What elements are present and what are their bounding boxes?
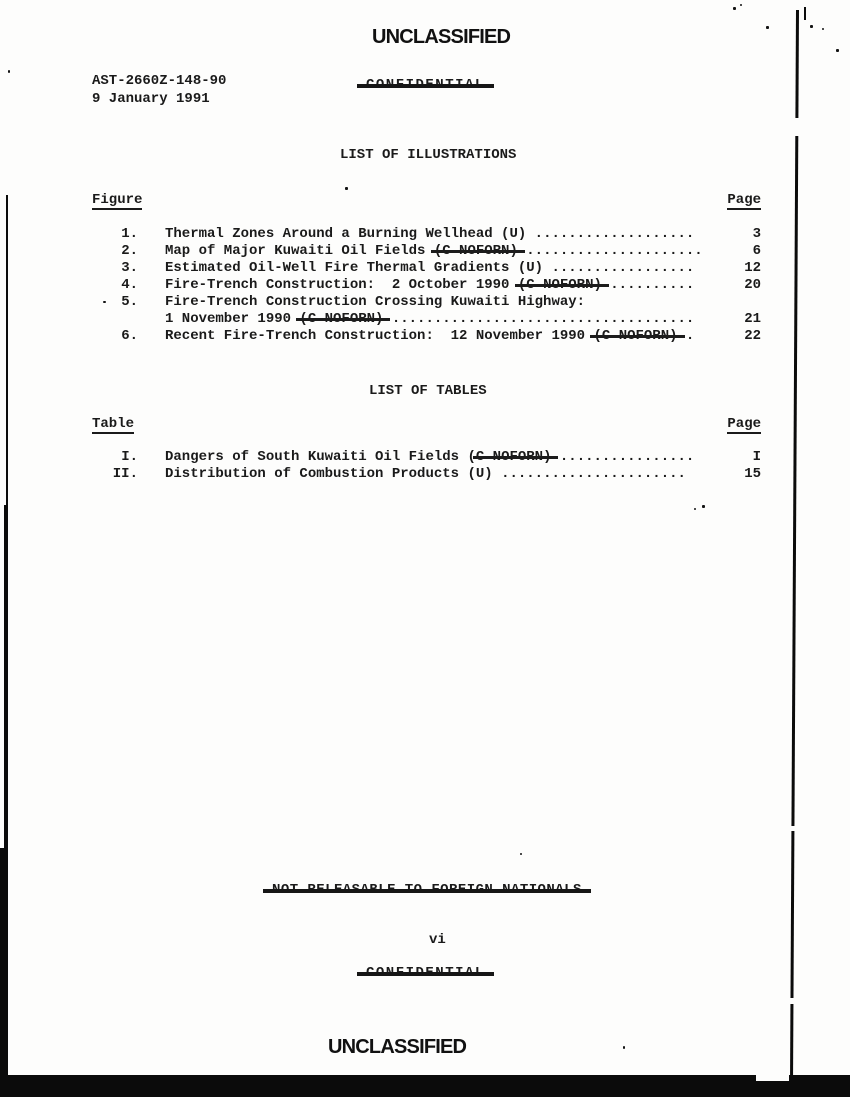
- row-text-post: ......................: [501, 466, 686, 482]
- scan-speck: [836, 49, 839, 52]
- scan-speck: [822, 28, 824, 30]
- row-number: I.: [92, 449, 138, 466]
- scanned-document-page: UNCLASSIFIED AST-2660Z-148-90 9 January …: [0, 0, 850, 1097]
- row-number: 2.: [92, 243, 138, 260]
- scan-line-gap: [790, 826, 799, 831]
- row-text: Recent Fire-Trench Construction: 12 Nove…: [165, 328, 727, 345]
- illustrations-column-header: Figure Page: [92, 192, 761, 210]
- toc-row: 3. Estimated Oil-Well Fire Thermal Gradi…: [92, 260, 761, 277]
- page-column-label: Page: [727, 192, 761, 210]
- row-text: Map of Major Kuwaiti Oil Fields (C NOFOR…: [165, 243, 727, 260]
- toc-row: 4. Fire-Trench Construction: 2 October 1…: [92, 277, 761, 294]
- scan-speck: [766, 26, 769, 29]
- scan-edge-line-left: [0, 848, 8, 1097]
- row-text-pre: Fire-Trench Construction: 2 October 1990: [165, 277, 518, 293]
- row-text-pre: Thermal Zones Around a Burning Wellhead …: [165, 226, 535, 242]
- row-text-pre: Recent Fire-Trench Construction: 12 Nove…: [165, 328, 593, 344]
- toc-row: 5. Fire-Trench Construction Crossing Kuw…: [92, 294, 761, 311]
- row-text-pre: Estimated Oil-Well Fire Thermal Gradient…: [165, 260, 551, 276]
- row-page: 15: [727, 466, 761, 483]
- toc-row: 2. Map of Major Kuwaiti Oil Fields (C NO…: [92, 243, 761, 260]
- scan-speck: [694, 508, 696, 510]
- row-text-pre: Map of Major Kuwaiti Oil Fields: [165, 243, 434, 259]
- scan-edge-line-right: [790, 10, 799, 1076]
- row-text-post: ....................................: [383, 311, 694, 327]
- scan-bar-notch: [756, 1075, 789, 1081]
- classification-marking-bottom: CONFIDENTIAL: [366, 965, 485, 981]
- row-text-post: ................: [551, 449, 694, 465]
- scan-speck: [733, 7, 736, 10]
- row-text: Fire-Trench Construction: 2 October 1990…: [165, 277, 727, 294]
- folio-page-number: vi: [429, 932, 446, 948]
- row-number: 4.: [92, 277, 138, 294]
- tables-list: I. Dangers of South Kuwaiti Oil Fields (…: [92, 449, 761, 483]
- page-column-label: Page: [727, 416, 761, 434]
- row-text-pre: 1 November 1990: [165, 311, 299, 327]
- scan-edge-line-left: [6, 195, 8, 505]
- row-page: 20: [727, 277, 761, 294]
- scan-speck: [345, 187, 348, 190]
- row-text-post: ...................: [535, 226, 695, 242]
- row-number: [92, 311, 138, 328]
- scan-speck: [8, 70, 10, 73]
- toc-row: II. Distribution of Combustion Products …: [92, 466, 761, 483]
- row-page: I: [727, 449, 761, 466]
- top-security-banner: UNCLASSIFIED: [372, 26, 510, 49]
- row-page: 12: [727, 260, 761, 277]
- scan-edge-line-left: [4, 505, 8, 850]
- illustrations-list: 1. Thermal Zones Around a Burning Wellhe…: [92, 226, 761, 345]
- row-number: 1.: [92, 226, 138, 243]
- row-text-post: .................: [551, 260, 694, 276]
- scan-line-gap: [792, 118, 801, 136]
- row-text: 1 November 1990 (C NOFORN) .............…: [165, 311, 727, 328]
- tables-title: LIST OF TABLES: [369, 383, 487, 399]
- row-text-post: .....................: [518, 243, 703, 259]
- document-id: AST-2660Z-148-90: [92, 73, 226, 89]
- row-text: Fire-Trench Construction Crossing Kuwait…: [165, 294, 727, 311]
- row-number: II.: [92, 466, 138, 483]
- row-page: 22: [727, 328, 761, 345]
- toc-row: I. Dangers of South Kuwaiti Oil Fields (…: [92, 449, 761, 466]
- classification-marking-top: CONFIDENTIAL: [366, 77, 485, 93]
- scan-speck: [810, 25, 813, 28]
- row-number: 5.: [92, 294, 138, 311]
- row-text-pre: Distribution of Combustion Products (U): [165, 466, 501, 482]
- illustrations-title: LIST OF ILLUSTRATIONS: [340, 147, 516, 163]
- toc-row: 1 November 1990 (C NOFORN) .............…: [92, 311, 761, 328]
- row-text-struck: (C NOFORN): [299, 311, 383, 327]
- row-page: [727, 294, 761, 311]
- scan-line-gap: [789, 998, 798, 1004]
- row-page: 3: [727, 226, 761, 243]
- toc-row: 6. Recent Fire-Trench Construction: 12 N…: [92, 328, 761, 345]
- scan-speck: [103, 301, 106, 303]
- bottom-security-banner: UNCLASSIFIED: [328, 1036, 466, 1059]
- row-text: Distribution of Combustion Products (U) …: [165, 466, 727, 483]
- row-text: Thermal Zones Around a Burning Wellhead …: [165, 226, 727, 243]
- table-column-label: Table: [92, 416, 134, 434]
- row-text-pre: Dangers of South Kuwaiti Oil Fields (: [165, 449, 476, 465]
- scan-bottom-bar: [7, 1075, 850, 1097]
- toc-row: 1. Thermal Zones Around a Burning Wellhe…: [92, 226, 761, 243]
- row-text-struck: (C NOFORN): [593, 328, 677, 344]
- releasability-notice: NOT RELEASABLE TO FOREIGN NATIONALS: [272, 882, 582, 898]
- scan-speck: [702, 505, 705, 508]
- figure-column-label: Figure: [92, 192, 142, 210]
- scan-speck: [623, 1046, 625, 1049]
- row-text: Estimated Oil-Well Fire Thermal Gradient…: [165, 260, 727, 277]
- row-text: Dangers of South Kuwaiti Oil Fields (C N…: [165, 449, 727, 466]
- row-text-struck: (C NOFORN): [434, 243, 518, 259]
- row-text-pre: Fire-Trench Construction Crossing Kuwait…: [165, 294, 585, 310]
- scan-speck: [740, 4, 742, 6]
- document-date: 9 January 1991: [92, 91, 210, 107]
- row-page: 6: [727, 243, 761, 260]
- row-number: 3.: [92, 260, 138, 277]
- row-text-post: ..........: [602, 277, 694, 293]
- row-text-struck: (C NOFORN): [518, 277, 602, 293]
- scan-speck: [520, 853, 522, 855]
- row-text-struck: C NOFORN): [476, 449, 552, 465]
- scan-tick-mark: [804, 7, 806, 20]
- row-page: 21: [727, 311, 761, 328]
- tables-column-header: Table Page: [92, 416, 761, 434]
- row-number: 6.: [92, 328, 138, 345]
